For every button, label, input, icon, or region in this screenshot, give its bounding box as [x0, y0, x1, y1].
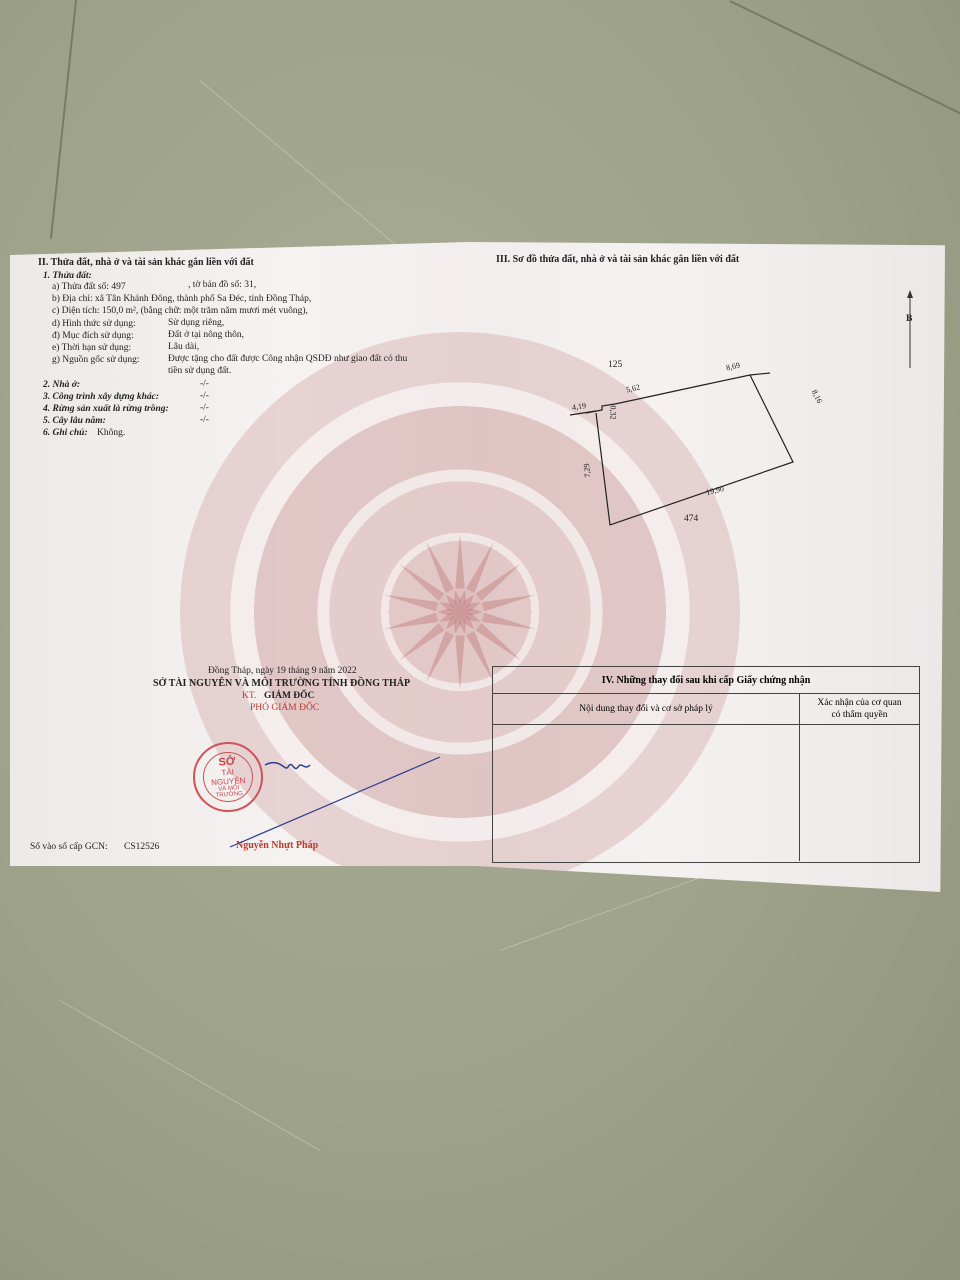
edge-length: 4,19: [571, 401, 586, 412]
usage-form-value: Sử dụng riêng,: [168, 318, 224, 328]
kt-prefix: KT.: [242, 691, 256, 701]
changes-table-header: Nội dung thay đổi và cơ sở pháp lý Xác n…: [493, 694, 919, 725]
signer-name: Nguyễn Nhựt Pháp: [236, 840, 318, 851]
registry-number: CS12526: [124, 842, 159, 852]
parcel-number: a) Thửa đất số: 497: [52, 282, 126, 292]
issue-date: Đồng Tháp, ngày 19 tháng 9 năm 2022: [208, 666, 357, 676]
changes-table: IV. Những thay đổi sau khi cấp Giấy chứn…: [492, 666, 920, 863]
deputy-director-title: PHÓ GIÁM ĐỐC: [250, 703, 319, 713]
forest-label: 4. Rừng sản xuất là rừng trồng:: [43, 404, 169, 414]
usage-term-value: Lâu dài,: [168, 342, 199, 352]
signature-mark: [210, 737, 450, 857]
usage-origin-value: Được tặng cho đất được Công nhận QSDĐ nh…: [168, 354, 407, 364]
north-label: B: [906, 314, 912, 324]
forest-value: -/-: [200, 403, 209, 413]
perennial-value: -/-: [200, 415, 209, 425]
usage-purpose-label: đ) Mục đích sử dụng:: [52, 331, 134, 341]
usage-form-label: d) Hình thức sử dụng:: [52, 319, 136, 329]
neighbor-parcel-top: 125: [608, 360, 622, 370]
usage-term-label: e) Thời hạn sử dụng:: [52, 343, 131, 353]
map-sheet-number: , tờ bản đồ số: 31,: [188, 280, 256, 290]
usage-origin-label: g) Nguồn gốc sử dụng:: [52, 355, 139, 365]
house-label: 2. Nhà ở:: [43, 380, 80, 390]
note-value: Không.: [97, 428, 125, 438]
land-certificate: II. Thửa đất, nhà ở và tài sản khác gắn …: [10, 242, 945, 892]
parcel-address: b) Địa chỉ: xã Tân Khánh Đông, thành phố…: [52, 294, 311, 304]
perennial-label: 5. Cây lâu năm:: [43, 416, 106, 426]
registry-label: Số vào sổ cấp GCN:: [30, 842, 108, 852]
section-ii-title: II. Thửa đất, nhà ở và tài sản khác gắn …: [38, 257, 254, 268]
other-works-value: -/-: [200, 391, 209, 401]
usage-purpose-value: Đất ở tại nông thôn,: [168, 330, 244, 340]
edge-length: 7,29: [582, 463, 592, 478]
neighbor-parcel-bottom: 474: [684, 514, 698, 524]
parcel-sketch: [550, 342, 850, 532]
director-title: GIÁM ĐỐC: [264, 691, 314, 701]
changes-table-empty-row: [493, 725, 919, 861]
floor-tile-seam: [50, 0, 77, 239]
col-change-content: Nội dung thay đổi và cơ sở pháp lý: [493, 694, 800, 724]
floor-vein: [60, 1000, 320, 1151]
parcel-area: c) Diện tích: 150,0 m², (bằng chữ: một t…: [52, 306, 308, 316]
other-works-label: 3. Công trình xây dựng khác:: [43, 392, 159, 402]
col-authority-confirmation: Xác nhận của cơ quan có thẩm quyền: [800, 694, 919, 724]
floor-tile-seam: [730, 0, 960, 116]
issuing-agency: SỞ TÀI NGUYÊN VÀ MÔI TRƯỜNG TỈNH ĐỒNG TH…: [153, 678, 410, 689]
north-arrow-icon: [900, 290, 920, 370]
empty-cell: [493, 725, 800, 861]
parcel-heading: 1. Thửa đất:: [43, 271, 92, 281]
house-value: -/-: [200, 379, 209, 389]
edge-length: 0,32: [609, 406, 618, 420]
changes-table-title: IV. Những thay đổi sau khi cấp Giấy chứn…: [493, 667, 919, 694]
usage-origin-value-cont: tiền sử dụng đất.: [168, 366, 231, 376]
col-authority-line1: Xác nhận của cơ quan: [817, 697, 901, 709]
empty-cell: [800, 725, 919, 861]
note-label: 6. Ghi chú:: [43, 428, 88, 438]
section-iii-title: III. Sơ đồ thửa đất, nhà ở và tài sản kh…: [496, 254, 739, 265]
col-authority-line2: có thẩm quyền: [817, 709, 901, 721]
